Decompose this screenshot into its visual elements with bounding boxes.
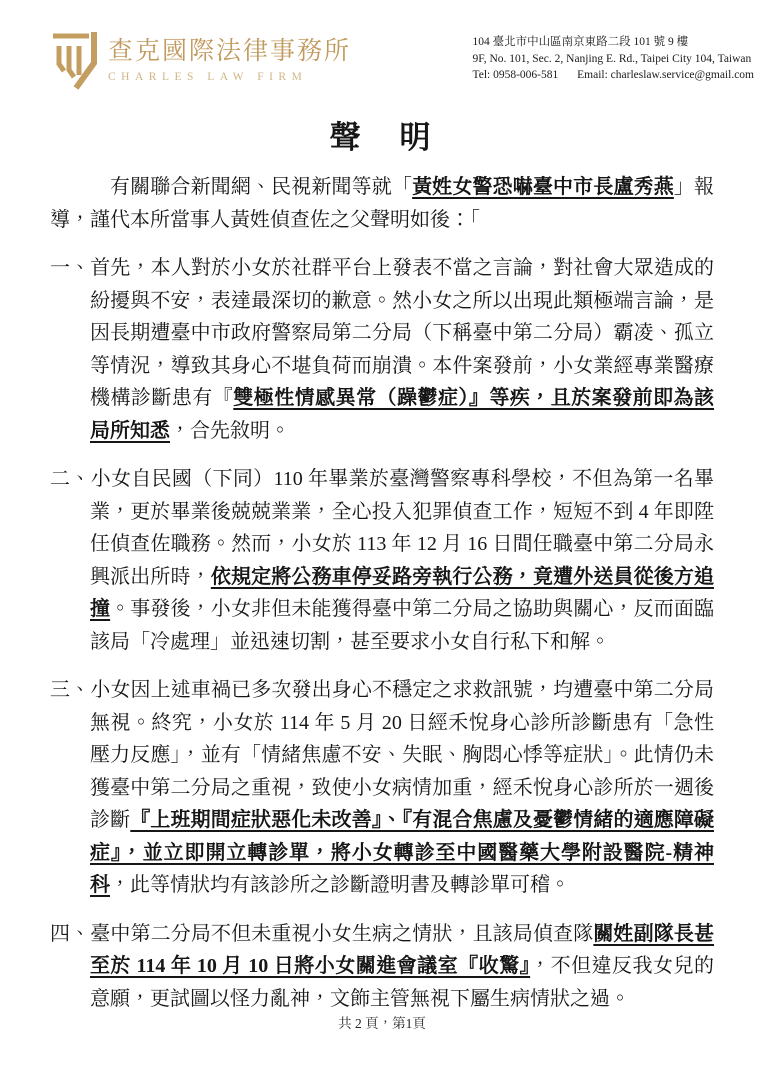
text-segment: 臺中第二分局不但未重視小女生病之情狀，且該局偵查隊 <box>90 923 593 945</box>
item-marker: 一、 <box>50 257 90 279</box>
statement-paragraph: 三、小女因上述車禍已多次發出身心不穩定之求救訊號，均遭臺中第二分局無視。終究，小… <box>50 674 714 902</box>
contact-block: 104 臺北市中山區南京東路二段 101 號 9 樓 9F, No. 101, … <box>473 30 755 84</box>
page-footer: 共 2 頁，第1頁 <box>0 1012 764 1032</box>
address-en: 9F, No. 101, Sec. 2, Nanjing E. Rd., Tai… <box>473 51 755 68</box>
statement-paragraph: 有關聯合新聞網、民視新聞等就「黃姓女警恐嚇臺中市長盧秀燕」報導，謹代本所當事人黃… <box>50 171 714 236</box>
shield-column-monogram-icon <box>50 30 98 92</box>
statement-paragraph: 四、臺中第二分局不但未重視小女生病之情狀，且該局偵查隊關姓副隊長甚至於 114 … <box>50 918 714 1016</box>
tel-email-line: Tel: 0958-006-581 Email: charleslaw.serv… <box>473 67 755 84</box>
firm-logo: 查克國際法律事務所 CHARLES LAW FIRM <box>50 30 351 92</box>
letterhead: 查克國際法律事務所 CHARLES LAW FIRM 104 臺北市中山區南京東… <box>50 30 754 92</box>
statement-page: 查克國際法律事務所 CHARLES LAW FIRM 104 臺北市中山區南京東… <box>0 0 764 1080</box>
address-zh: 104 臺北市中山區南京東路二段 101 號 9 樓 <box>473 34 755 51</box>
page-info: 共 2 頁，第1頁 <box>338 1016 426 1031</box>
item-marker: 四、 <box>50 923 90 945</box>
firm-name-en: CHARLES LAW FIRM <box>108 69 351 85</box>
text-segment: ，此等情狀均有該診所之診斷證明書及轉診單可稽。 <box>110 874 570 896</box>
text-segment: 。事發後，小女非但未能獲得臺中第二分局之協助與關心，反而面臨該局「冷處理」並迅速… <box>90 598 714 653</box>
statement-paragraph: 一、首先，本人對於小女於社群平台上發表不當之言論，對社會大眾造成的紛擾與不安，表… <box>50 252 714 447</box>
text-segment: 黃姓女警恐嚇臺中市長盧秀燕 <box>412 176 674 198</box>
item-marker: 二、 <box>50 468 91 490</box>
item-marker: 三、 <box>50 679 90 701</box>
text-segment: 有關聯合新聞網、民視新聞等就「 <box>110 176 412 198</box>
statement-body: 有關聯合新聞網、民視新聞等就「黃姓女警恐嚇臺中市長盧秀燕」報導，謹代本所當事人黃… <box>50 171 714 1015</box>
phone-number: Tel: 0958-006-581 <box>473 67 559 84</box>
text-segment: ，合先敘明。 <box>170 420 290 442</box>
email-address: Email: charleslaw.service@gmail.com <box>577 67 754 84</box>
firm-name-block: 查克國際法律事務所 CHARLES LAW FIRM <box>108 37 351 85</box>
document-title: 聲 明 <box>50 112 714 157</box>
firm-name-zh: 查克國際法律事務所 <box>108 37 351 67</box>
statement-paragraph: 二、小女自民國（下同）110 年畢業於臺灣警察專科學校，不但為第一名畢業，更於畢… <box>50 463 714 658</box>
